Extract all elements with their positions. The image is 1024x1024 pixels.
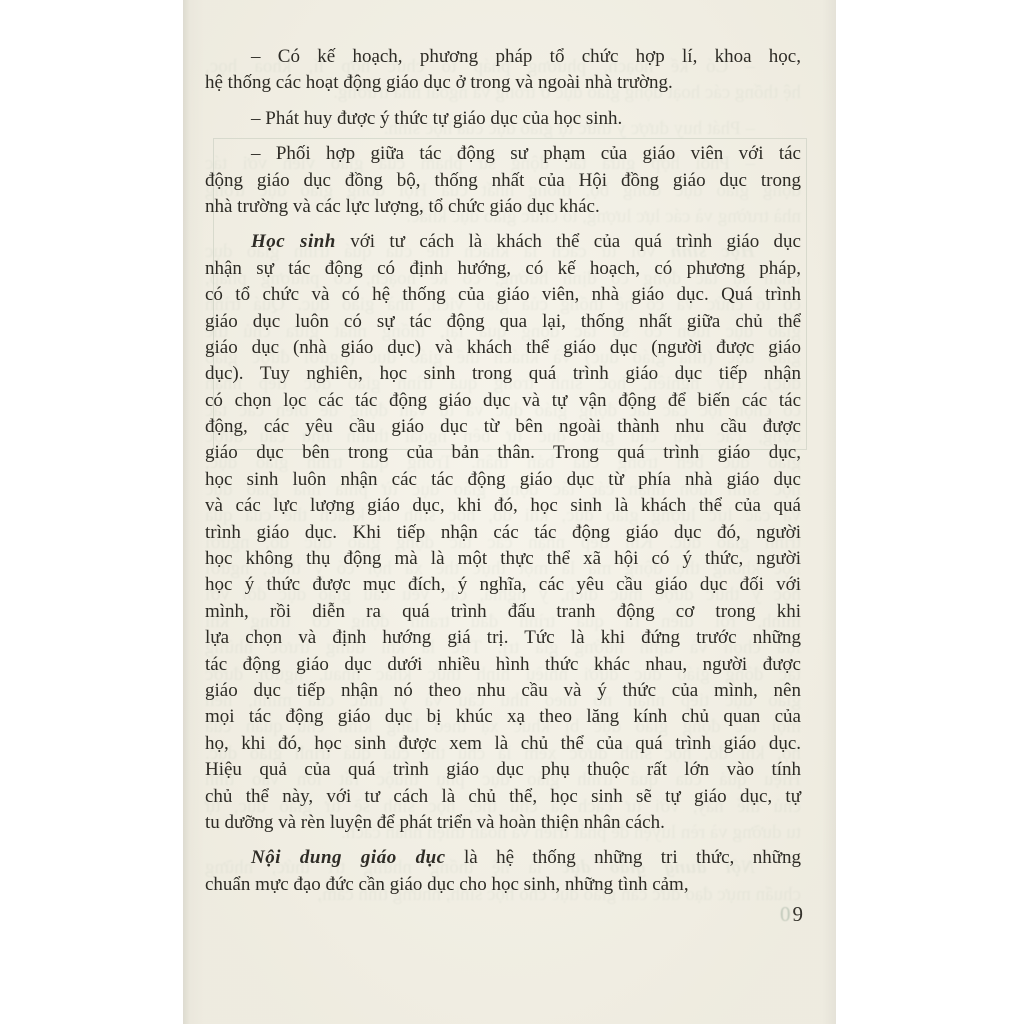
paragraph: Nội dung giáo dục là hệ thống những tri … xyxy=(205,845,801,898)
text-line: giáo dục bên trong của bản thân. Trong q… xyxy=(205,440,801,466)
text-line: động, các yêu cầu giáo dục từ bên ngoài … xyxy=(205,414,801,440)
paragraph: – Phối hợp giữa tác động sư phạm của giá… xyxy=(205,141,801,220)
text-line: tu dưỡng và rèn luyện để phát triển và h… xyxy=(205,810,801,836)
text-line: – Phát huy được ý thức tự giáo dục của h… xyxy=(205,106,801,132)
lead-phrase: Học sinh xyxy=(251,231,336,252)
text-line: trình giáo dục. Khi tiếp nhận các tác độ… xyxy=(205,520,801,546)
text-line: dục). Tuy nghiên, học sinh trong quá trì… xyxy=(205,361,801,387)
text-line: giáo dục luôn có sự tác động qua lại, th… xyxy=(205,309,801,335)
lead-phrase: Nội dung giáo dục xyxy=(251,847,446,868)
paragraph: Học sinh với tư cách là khách thể của qu… xyxy=(205,229,801,836)
text-line: học sinh luôn nhận các tác động giáo dục… xyxy=(205,467,801,493)
text-line: – Phối hợp giữa tác động sư phạm của giá… xyxy=(205,141,801,167)
book-page: – Có kế hoạch, phương pháp tổ chức hợp l… xyxy=(183,0,836,1024)
text-line: chủ thể này, với tư cách là chủ thể, học… xyxy=(205,784,801,810)
page-number-area: 09 xyxy=(743,902,803,927)
paragraph: – Có kế hoạch, phương pháp tổ chức hợp l… xyxy=(205,44,801,97)
text-line: Hiệu quả của quá trình giáo dục phụ thuộ… xyxy=(205,757,801,783)
text-line: học ý thức được mục đích, ý nghĩa, các y… xyxy=(205,572,801,598)
text-block: – Có kế hoạch, phương pháp tổ chức hợp l… xyxy=(205,0,801,898)
text-line: nhà trường và các lực lượng, tổ chức giá… xyxy=(205,194,801,220)
text-line: có chọn lọc các tác động giáo dục và tự … xyxy=(205,388,801,414)
text-line: – Có kế hoạch, phương pháp tổ chức hợp l… xyxy=(205,44,801,70)
page-number-bleed-through: 0 xyxy=(780,902,791,926)
text-line: học không thụ động mà là một thực thể xã… xyxy=(205,546,801,572)
text-line: mình, rồi diễn ra quá trình đấu tranh độ… xyxy=(205,599,801,625)
text-line: giáo dục (nhà giáo dục) và khách thể giá… xyxy=(205,335,801,361)
text-line: hệ thống các hoạt động giáo dục ở trong … xyxy=(205,70,801,96)
text-line: động giáo dục đồng bộ, thống nhất của Hộ… xyxy=(205,168,801,194)
paragraph: – Phát huy được ý thức tự giáo dục của h… xyxy=(205,106,801,132)
text-line: lựa chọn và định hướng giá trị. Tức là k… xyxy=(205,625,801,651)
text-line: giáo dục tiếp nhận nó theo nhu cầu và ý … xyxy=(205,678,801,704)
text-line: Nội dung giáo dục là hệ thống những tri … xyxy=(205,845,801,871)
text-line: Học sinh với tư cách là khách thể của qu… xyxy=(205,229,801,255)
text-line: mọi tác động giáo dục bị khúc xạ theo lă… xyxy=(205,704,801,730)
text-line: chuẩn mực đạo đức cần giáo dục cho học s… xyxy=(205,872,801,898)
text-line: và các lực lượng giáo dục, khi đó, học s… xyxy=(205,493,801,519)
text-line: tác động giáo dục dưới nhiều hình thức k… xyxy=(205,652,801,678)
text-line: nhận sự tác động có định hướng, có kế ho… xyxy=(205,256,801,282)
page-number: 9 xyxy=(793,902,804,926)
text-line: họ, khi đó, học sinh được xem là chủ thể… xyxy=(205,731,801,757)
text-line: có tổ chức và có hệ thống của giáo viên,… xyxy=(205,282,801,308)
